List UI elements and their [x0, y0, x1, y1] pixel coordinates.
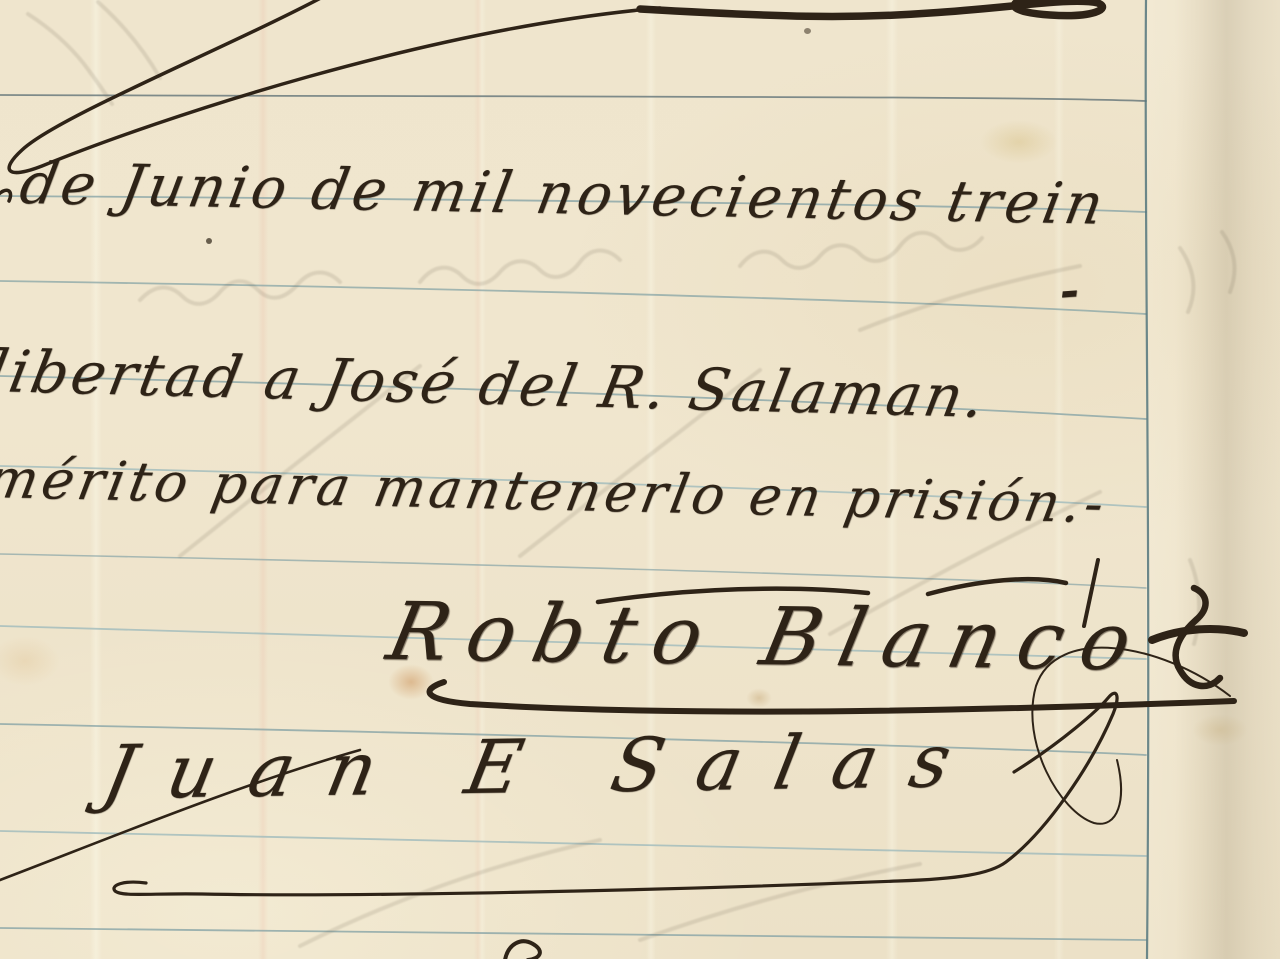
handwritten-line-1: de Junio de mil novecientos trein	[16, 156, 1111, 234]
handwritten-line-3: mérito para mantenerlo en prisión.-	[0, 452, 1112, 531]
top-flourish	[9, 0, 660, 173]
bottom-cutoff-stroke	[505, 941, 540, 959]
top-underline-flourish	[640, 0, 1148, 16]
ink-speck	[206, 238, 212, 244]
page-gutter-shadow	[1146, 0, 1280, 959]
ink-speck	[804, 28, 811, 34]
margin-line	[1146, 0, 1149, 959]
paper-stain	[0, 636, 60, 686]
signature-1: Robto Blanco	[381, 592, 1156, 682]
paper-stain	[1192, 714, 1248, 746]
handwritten-line-1-hyphen: -	[1058, 267, 1080, 314]
paper-stain	[746, 688, 772, 708]
manuscript-page: de Junio de mil novecientos trein - libe…	[0, 0, 1280, 959]
signature-1-rubric-cross	[1176, 588, 1220, 686]
paper-stain	[980, 120, 1058, 164]
handwritten-line-2: libertad a José del R. Salaman.	[0, 342, 992, 426]
signature-2: Juan E Salas	[97, 724, 990, 810]
